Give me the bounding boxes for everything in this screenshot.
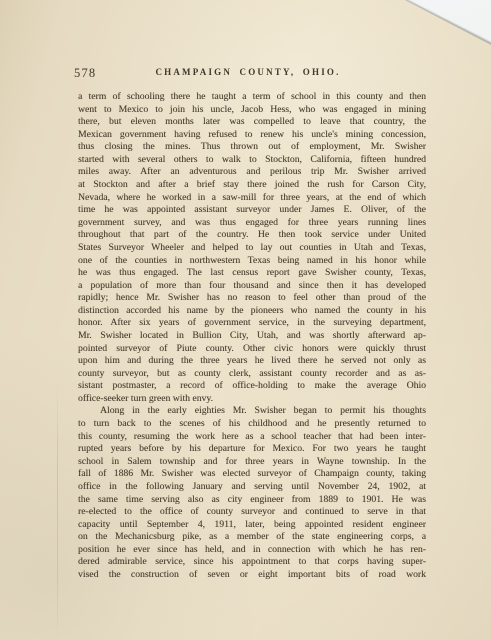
text-line: went to Mexico to join his uncle, Jacob … bbox=[78, 104, 426, 117]
text-line: office-seeker turn green with envy. bbox=[78, 393, 426, 406]
text-line: Nevada, where he worked in a saw-mill fo… bbox=[78, 192, 426, 205]
page-body-text: a term of schooling there he taught a te… bbox=[78, 91, 426, 582]
text-line: started with several others to walk to S… bbox=[78, 154, 426, 167]
text-line: government survey, and was thus engaged … bbox=[78, 217, 426, 230]
text-line: throughout that part of the country. He … bbox=[78, 229, 426, 242]
text-line: the same time serving also as city engin… bbox=[78, 494, 426, 507]
text-line: a term of schooling there he taught a te… bbox=[78, 91, 426, 104]
text-line: Along in the early eighties Mr. Swisher … bbox=[78, 405, 426, 418]
text-line: upon him and during the three years he l… bbox=[78, 355, 426, 368]
text-line: school in Salem township and for three y… bbox=[78, 456, 426, 469]
text-line: distinction accorded his name by the pio… bbox=[78, 305, 426, 318]
page-crease bbox=[57, 380, 58, 640]
text-line: office in the following January and serv… bbox=[78, 481, 426, 494]
text-line: capacity until September 4, 1911, later,… bbox=[78, 519, 426, 532]
text-line: fall of 1886 Mr. Swisher was elected sur… bbox=[78, 468, 426, 481]
text-line: this county, resuming the work here as a… bbox=[78, 431, 426, 444]
text-line: time he was appointed assistant surveyor… bbox=[78, 204, 426, 217]
text-line: honor. After six years of government ser… bbox=[78, 317, 426, 330]
text-line: Mexican government having refused to ren… bbox=[78, 129, 426, 142]
text-line: pointed surveyor of Piute county. Other … bbox=[78, 343, 426, 356]
text-line: to turn back to the scenes of his childh… bbox=[78, 418, 426, 431]
text-line: sistant postmaster, a record of office-h… bbox=[78, 380, 426, 393]
text-line: on the Mechanicsburg pike, as a member o… bbox=[78, 531, 426, 544]
page-number: 578 bbox=[74, 66, 96, 81]
text-line: he was thus engaged. The last census rep… bbox=[78, 267, 426, 280]
text-line: re-elected to the office of county surve… bbox=[78, 506, 426, 519]
text-line: at Stockton and after a brief stay there… bbox=[78, 179, 426, 192]
text-line: a population of more than four thousand … bbox=[78, 280, 426, 293]
text-line: vised the construction of seven or eight… bbox=[78, 569, 426, 582]
text-line: rupted years before by his departure for… bbox=[78, 443, 426, 456]
text-line: miles away. After an adventurous and per… bbox=[78, 166, 426, 179]
text-line: States Surveyor Wheeler and helped to la… bbox=[78, 242, 426, 255]
text-line: county surveyor, but as county clerk, as… bbox=[78, 368, 426, 381]
text-line: Mr. Swisher located in Bullion City, Uta… bbox=[78, 330, 426, 343]
scanned-book-page: CHAMPAIGN COUNTY, OHIO. 578 a term of sc… bbox=[0, 0, 491, 640]
text-line: rapidly; hence Mr. Swisher has no reason… bbox=[78, 292, 426, 305]
text-line: one of the counties in northwestern Texa… bbox=[78, 255, 426, 268]
text-line: dered admirable service, since his appoi… bbox=[78, 556, 426, 569]
text-line: thus closing the mines. Thus thrown out … bbox=[78, 141, 426, 154]
text-line: position he ever since has held, and in … bbox=[78, 544, 426, 557]
text-line: there, but eleven months later was compe… bbox=[78, 116, 426, 129]
running-header-title: CHAMPAIGN COUNTY, OHIO. bbox=[74, 67, 422, 77]
